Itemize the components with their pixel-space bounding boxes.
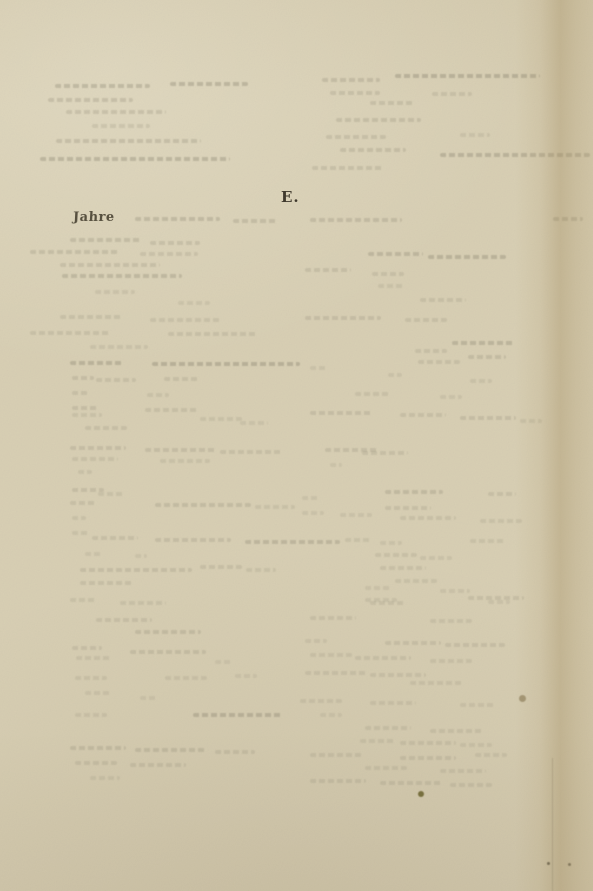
- specks-layer: [0, 0, 593, 891]
- foxing-speck: [418, 791, 424, 797]
- foxing-speck: [547, 862, 550, 865]
- foxing-speck: [519, 695, 526, 702]
- foxing-speck: [568, 863, 571, 866]
- scanned-book-page: E. Jahre: [0, 0, 593, 891]
- page-crease: [552, 758, 553, 891]
